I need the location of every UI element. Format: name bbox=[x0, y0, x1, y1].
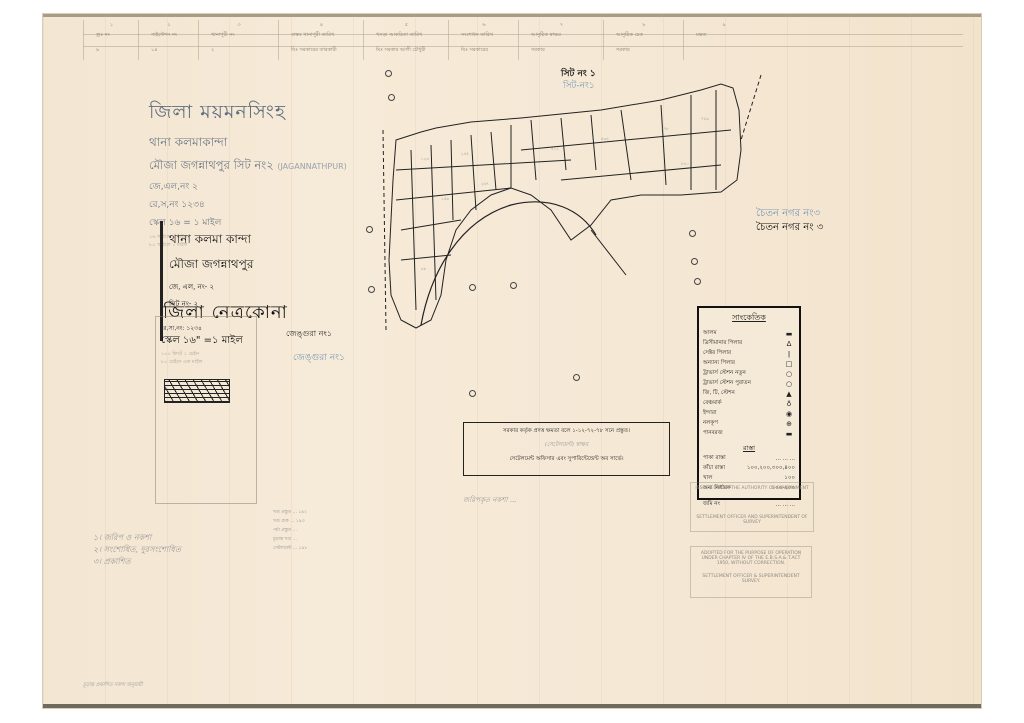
header-col: ২সাইন্টেশন নং১৪ bbox=[138, 20, 199, 60]
legend-item: ট্রাভার্স স্টেশন নতুন○ bbox=[699, 369, 799, 379]
well-icon: ◉ bbox=[783, 410, 795, 418]
header-table: ১জ্রঃ নং৯ ২সাইন্টেশন নং১৪ ৩খানাপুরী নং২ … bbox=[83, 20, 643, 60]
boundary-icon: ▬ bbox=[783, 330, 795, 338]
svg-text:২৬৭: ২৬৭ bbox=[481, 181, 489, 186]
handwritten-notes: ১। জরিপ ও নকশা ২। সংশোধিত, দুরসংশোধিত ৩।… bbox=[93, 532, 181, 568]
map-sheet: ১জ্রঃ নং৯ ২সাইন্টেশন নং১৪ ৩খানাপুরী নং২ … bbox=[43, 14, 981, 708]
legend-item: ট্রাভার্স স্টেশন পুরাতন○ bbox=[699, 379, 799, 389]
sheet-label-blue: সিট-নং১ bbox=[563, 78, 595, 93]
roads-title: রাস্তা bbox=[699, 443, 799, 454]
old-traverse-station-icon: ○ bbox=[783, 380, 795, 388]
gt-station-icon: ▲ bbox=[783, 390, 795, 398]
header-col: ৪বাস্তব খানাপুরী তারিখমিঃ সরকারের তারকার… bbox=[278, 20, 364, 60]
legend-item: বেঞ্চমার্ক♁ bbox=[699, 399, 799, 409]
legend-item: ত্রিসীমানার পিলারΔ bbox=[699, 339, 799, 349]
thana-label: থানা কলমাকান্দা bbox=[149, 134, 347, 154]
svg-text:৩৫৬: ৩৫৬ bbox=[501, 161, 509, 166]
traverse-station-icon bbox=[366, 226, 373, 233]
certification-line: সরকার কর্তৃক প্রদত্ত ক্ষমতা বলে ১-১২-৭২-… bbox=[464, 428, 669, 436]
jl-number: জে, এল, নং- ২ bbox=[169, 281, 303, 293]
traverse-station-icon bbox=[469, 390, 476, 397]
traverse-station-icon bbox=[469, 284, 476, 291]
svg-text:৯৮: ৯৮ bbox=[421, 266, 427, 271]
legend-item: অন্যান্য পিলার□ bbox=[699, 359, 799, 369]
certification-line: সেটেলমেন্ট অফিসার এবং সুপারিন্টেন্ডেন্ট … bbox=[464, 456, 669, 464]
scale-box: রে,সা,নং: ১২৩৪ স্কেল ১৬" =১ মাইল ১০০ ফিট… bbox=[155, 316, 257, 504]
benchmark-icon: ♁ bbox=[783, 400, 795, 408]
legend-title: সাংকেতিক bbox=[699, 312, 799, 325]
header-col: ৯মন্তব্য bbox=[683, 20, 764, 60]
svg-text:৮৪০: ৮৪০ bbox=[681, 161, 689, 166]
west-neighbor-label-blue: জেঙ্গুরা নং১ bbox=[293, 350, 345, 365]
other-pillar-icon: □ bbox=[783, 360, 795, 368]
sector-pillar-icon: ǀ bbox=[783, 350, 795, 358]
jl-number: জে,এল,নং ২ bbox=[149, 179, 347, 194]
svg-text:১২৩: ১২৩ bbox=[421, 156, 429, 161]
re-number: রে,স,নং ১২৩৪ bbox=[149, 197, 347, 212]
english-adoption-note: ADOPTED FOR THE PURPOSE OF OPERATION UND… bbox=[690, 546, 812, 598]
certification-signature: (সেটেলমেন্ট) স্বাক্ষর bbox=[464, 442, 669, 450]
header-col: ৭আনুষ্ঠিক স্বাক্ষরসরকার bbox=[518, 20, 604, 60]
header-col: ৫খসড়া আকরিতা তারিখমিঃ সরকার আলী চৌধুরী bbox=[363, 20, 449, 60]
legend-item: নলকূপ⊕ bbox=[699, 419, 799, 429]
scale-label: স্কেল ১৬" =১ মাইল bbox=[161, 333, 243, 350]
traverse-station-icon bbox=[388, 94, 395, 101]
english-authority-note: ISSUED UNDER THE AUTHORITY OF GOVERNMENT… bbox=[690, 482, 814, 532]
svg-text:৭৮৯: ৭৮৯ bbox=[701, 116, 709, 121]
traverse-station-icon bbox=[510, 282, 517, 289]
legend-item: ইন্দারা◉ bbox=[699, 409, 799, 419]
legend-item: আলম▬ bbox=[699, 329, 799, 339]
handwritten-center-note: জরিপকৃত নকশা ... bbox=[463, 494, 516, 506]
new-traverse-station-icon: ○ bbox=[783, 370, 795, 378]
header-col: ৮আনুষ্ঠিক চেকসরকার bbox=[603, 20, 684, 60]
svg-text:৬৭৮: ৬৭৮ bbox=[661, 126, 669, 131]
road-item: পাকা রাস্তা... ... ... bbox=[699, 454, 799, 464]
scale-note: ১০০ ফিটে ১ চেইন bbox=[161, 351, 199, 359]
svg-text:৪১২: ৪১২ bbox=[551, 146, 559, 151]
traverse-station-icon bbox=[573, 374, 580, 381]
east-neighbor-label: চৈতন নগর নং ৩ bbox=[756, 220, 823, 237]
thana-label: থানা কলমা কান্দা bbox=[169, 231, 303, 251]
road-item: কাঁচা রাস্তা১০০,২০০,৩০০,৪০০ bbox=[699, 464, 799, 474]
legend-item: সেক্টর পিলারǀ bbox=[699, 349, 799, 359]
traverse-station-icon bbox=[689, 230, 696, 237]
certification-box: সরকার কর্তৃক প্রদত্ত ক্ষমতা বলে ১-১২-৭২-… bbox=[463, 422, 670, 476]
svg-text:৫৩৪: ৫৩৪ bbox=[601, 136, 609, 141]
svg-text:২৪৫: ২৪৫ bbox=[461, 151, 469, 156]
svg-text:১৫৬: ১৫৬ bbox=[441, 196, 449, 201]
progress-list: খণ্ড প্রস্তুত ... ১৯২খণ্ড চেক ... ১৯৩পর্… bbox=[273, 508, 307, 553]
mouza-label: মৌজা জগন্নাথপুর সিট নং২ (JAGANNATHPUR) bbox=[149, 157, 347, 176]
traverse-station-icon bbox=[691, 258, 698, 265]
traverse-station-icon bbox=[385, 70, 392, 77]
header-col: ১জ্রঃ নং৯ bbox=[83, 20, 139, 60]
traverse-station-icon bbox=[694, 278, 701, 285]
traverse-station-icon bbox=[368, 286, 375, 293]
scale-note: ৮০ চেইনে এক মাইল bbox=[161, 359, 202, 367]
legend-item: জি, টি, স্টেশন▲ bbox=[699, 389, 799, 399]
handwritten-bottom-note: চূড়ান্ত প্রকাশিত নকশা অনুযায়ী bbox=[83, 682, 143, 690]
betel-garden-icon: ▬ bbox=[783, 430, 795, 438]
tubewell-icon: ⊕ bbox=[783, 420, 795, 428]
diagonal-scale bbox=[164, 379, 230, 403]
mouza-label: মৌজা জগন্নাথপুর bbox=[169, 256, 303, 276]
legend-item: পানবরজ▬ bbox=[699, 429, 799, 439]
west-neighbor-label: জেঙ্গুরা নং১ bbox=[286, 328, 332, 341]
legend-box: সাংকেতিক আলম▬ ত্রিসীমানার পিলারΔ সেক্টর … bbox=[697, 306, 801, 500]
header-col: ৩খানাপুরী নং২ bbox=[198, 20, 279, 60]
tri-junction-pillar-icon: Δ bbox=[783, 340, 795, 348]
header-col: ৬সংশোধন তারিখমিঃ সরকারের bbox=[448, 20, 519, 60]
district-title: জিলা ময়মনসিংহ bbox=[149, 98, 347, 130]
